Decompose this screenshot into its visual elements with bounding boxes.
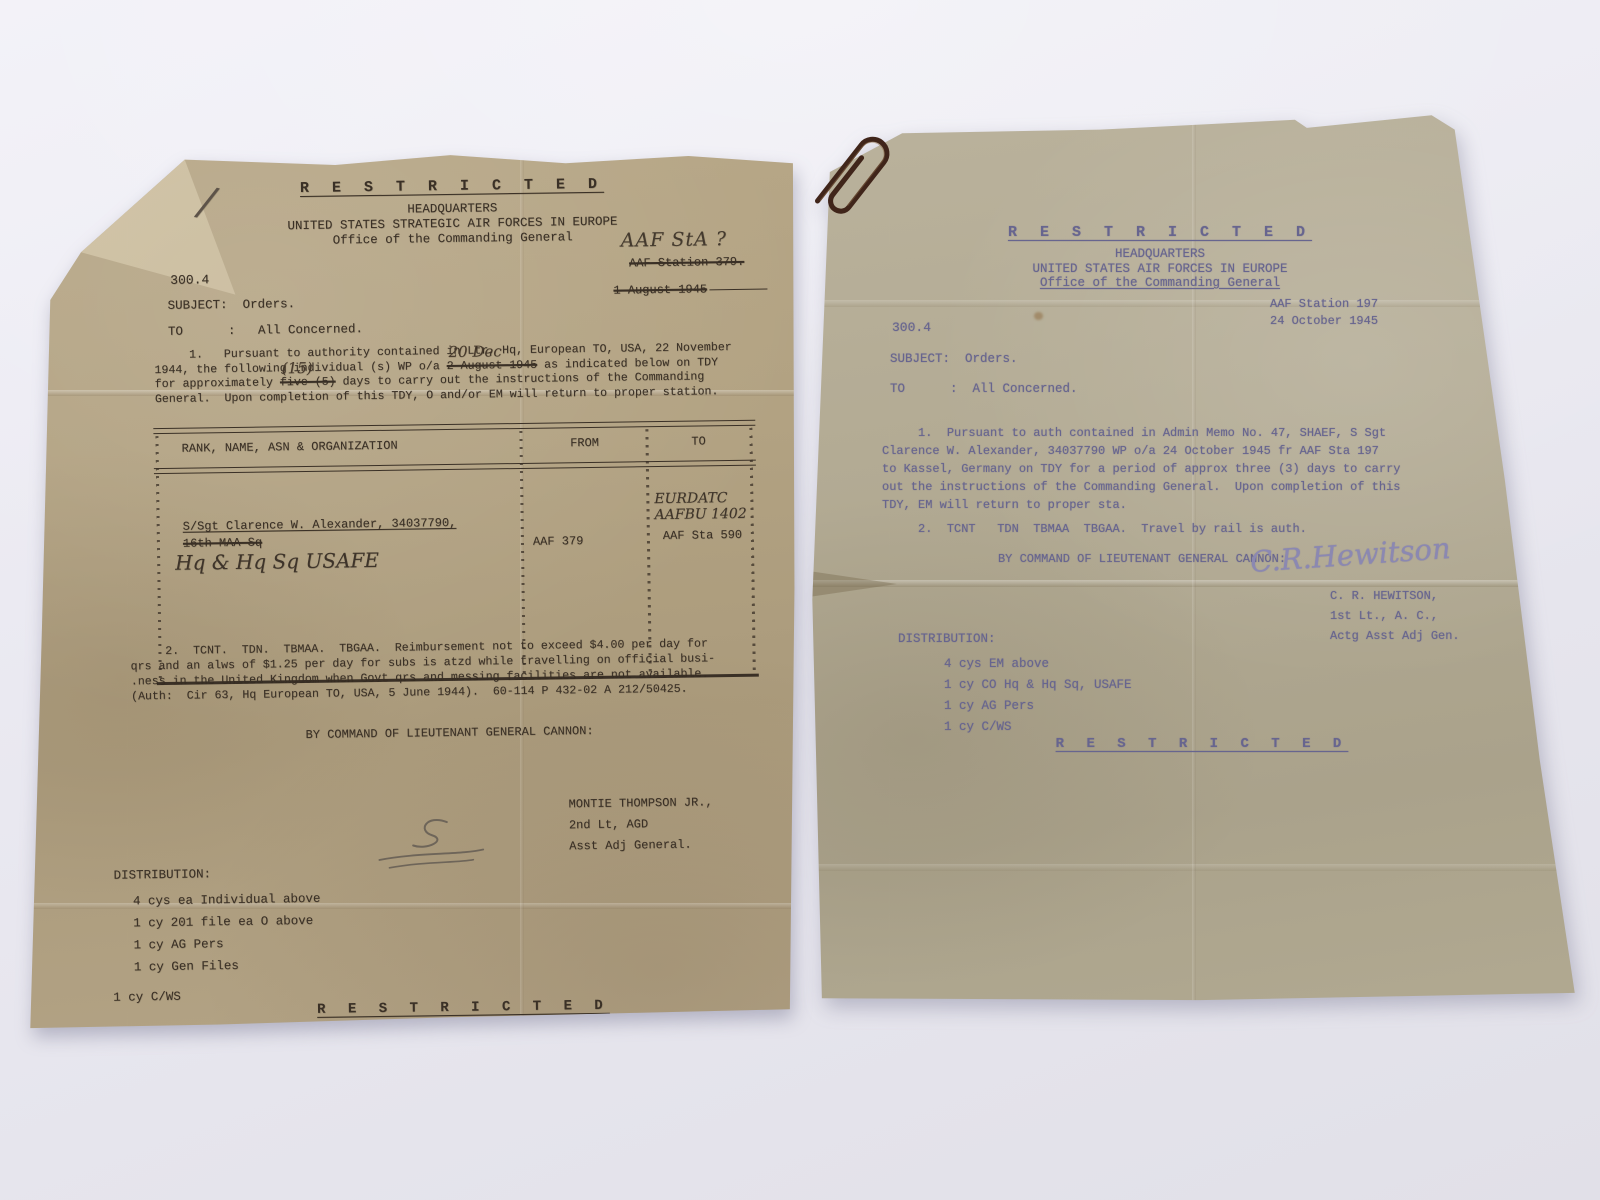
- distribution-label: DISTRIBUTION:: [898, 632, 996, 646]
- paragraph-2: 2. TCNT TDN TBMAA TBGAA. Travel by rail …: [882, 522, 1307, 536]
- handwritten-date: 20 Dec: [448, 344, 501, 359]
- subject-line: SUBJECT: Orders.: [168, 297, 296, 313]
- file-number: 300.4: [170, 272, 209, 288]
- paragraph-2: 2. TCNT. TDN. TBMAA. TBGAA. Reimbursemen…: [130, 635, 799, 704]
- classification-bottom: R E S T R I C T E D: [293, 997, 633, 1018]
- struck-date-row: 1 August 1945: [613, 282, 767, 298]
- paragraph-1: 1. Pursuant to authority contained in Lt…: [154, 340, 803, 407]
- column-header-from: FROM: [528, 435, 640, 451]
- classification-top: R E S T R I C T E D: [152, 174, 752, 199]
- strike-extension-line: [709, 288, 767, 290]
- subject-line: SUBJECT: Orders.: [890, 352, 1018, 366]
- table-from-cell: AAF 379: [533, 534, 584, 549]
- right-document: R E S T R I C T E D HEADQUARTERS UNITED …: [802, 108, 1597, 1010]
- photo-background: / R E S T R I C T E D HEADQUARTERS UNITE…: [0, 0, 1600, 1200]
- right-document-content: R E S T R I C T E D HEADQUARTERS UNITED …: [802, 108, 1597, 1010]
- struck-station: AAF Station 379.: [629, 255, 744, 271]
- hq-line-2: UNITED STATES AIR FORCES IN EUROPE: [880, 262, 1440, 277]
- column-header-rank: RANK, NAME, ASN & ORGANIZATION: [182, 439, 398, 456]
- distribution-items: 4 cys EM above 1 cy CO Hq & Hq Sq, USAFE…: [944, 654, 1132, 738]
- signer-block: C. R. HEWITSON, 1st Lt., A. C., Actg Ass…: [1330, 586, 1460, 646]
- left-document: / R E S T R I C T E D HEADQUARTERS UNITE…: [28, 138, 796, 1038]
- left-document-paper: / R E S T R I C T E D HEADQUARTERS UNITE…: [28, 138, 796, 1038]
- classification-top: R E S T R I C T E D: [880, 224, 1440, 241]
- right-document-paper: R E S T R I C T E D HEADQUARTERS UNITED …: [802, 108, 1597, 1010]
- to-line: TO : All Concerned.: [890, 382, 1078, 396]
- struck-inline-date: 2 August 1945: [447, 358, 538, 372]
- struck-date: 1 August 1945: [613, 282, 707, 297]
- letterhead: R E S T R I C T E D HEADQUARTERS UNITED …: [880, 224, 1440, 291]
- distribution-items: 4 cys ea Individual above 1 cy 201 file …: [118, 888, 322, 979]
- table-to-cell: AAF Sta 590: [663, 528, 742, 543]
- distribution-label: DISTRIBUTION:: [113, 867, 211, 882]
- station-date-block: AAF Station 197 24 October 1945: [1270, 296, 1378, 330]
- pencil-squiggle: [361, 813, 492, 875]
- handwritten-days: (15): [282, 361, 313, 376]
- hq-line-3: Office of the Commanding General: [880, 276, 1440, 291]
- handwritten-signature: C.R.Hewitson: [1249, 531, 1452, 579]
- distribution-last-item: 1 cy C/WS: [113, 990, 181, 1005]
- table-handwritten-org: Hq & Hq Sq USAFE: [175, 548, 379, 575]
- table-handwritten-to: EURDATC AAFBU 1402: [654, 490, 747, 523]
- left-document-content: / R E S T R I C T E D HEADQUARTERS UNITE…: [21, 133, 801, 1044]
- handwritten-station: AAF StA ?: [621, 228, 728, 251]
- column-header-to: TO: [651, 434, 745, 449]
- table-top-rule: [153, 420, 755, 434]
- table-struck-org: 16th MAA Sq: [183, 536, 262, 551]
- hq-line-1: HEADQUARTERS: [880, 247, 1440, 262]
- paragraph-1: 1. Pursuant to auth contained in Admin M…: [882, 424, 1492, 514]
- date-correction: 20 Dec2 August 1945: [447, 358, 538, 374]
- struck-days: five (5): [280, 376, 336, 390]
- signer-block: MONTIE THOMPSON JR., 2nd Lt, AGD Asst Ad…: [568, 792, 713, 857]
- to-line: TO : All Concerned.: [168, 322, 363, 339]
- table-name-cell: S/Sgt Clarence W. Alexander, 34037790,: [183, 516, 457, 534]
- days-correction: (15)five (5): [280, 376, 336, 391]
- classification-bottom: R E S T R I C T E D: [1032, 736, 1372, 752]
- table-header-rule: [154, 460, 756, 474]
- by-command-line: BY COMMAND OF LIEUTENANT GENERAL CANNON:: [270, 723, 630, 742]
- file-number: 300.4: [892, 320, 931, 335]
